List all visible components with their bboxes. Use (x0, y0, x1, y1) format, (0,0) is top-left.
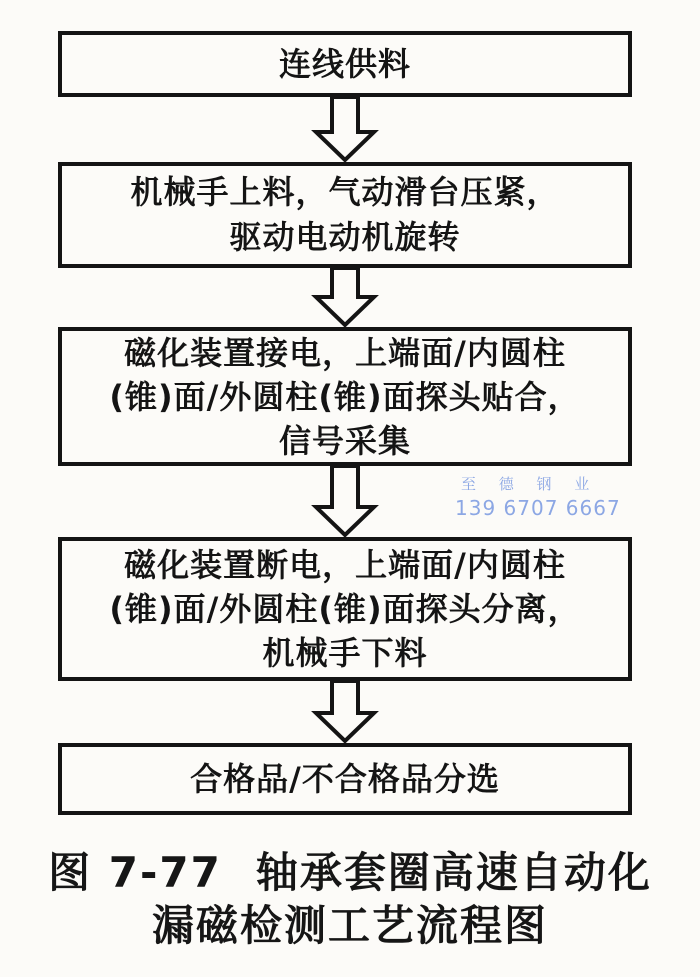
flow-step-text: 信号采集 (279, 419, 411, 463)
flow-step-loading: 机械手上料，气动滑台压紧， 驱动电动机旋转 (58, 162, 632, 268)
flow-step-magnetize-on: 磁化装置接电，上端面/内圆柱 (锥)面/外圆柱(锥)面探头贴合， 信号采集 (58, 327, 632, 466)
down-arrow-icon (310, 466, 380, 537)
caption-title-part-1: 轴承套圈高速自动化 (256, 848, 652, 897)
flowchart: 连线供料 机械手上料，气动滑台压紧， 驱动电动机旋转 磁化装置接电，上端面/内圆… (58, 31, 632, 815)
flow-step-text: 机械手上料，气动滑台压紧， (130, 170, 559, 215)
flow-step-text: (锥)面/外圆柱(锥)面探头贴合， (109, 375, 580, 419)
flow-step-text: 磁化装置断电，上端面/内圆柱 (124, 543, 566, 587)
flow-step-feeding: 连线供料 (58, 31, 632, 97)
flow-step-text: 机械手下料 (262, 631, 427, 675)
flow-step-magnetize-off: 磁化装置断电，上端面/内圆柱 (锥)面/外圆柱(锥)面探头分离， 机械手下料 (58, 537, 632, 681)
down-arrow-icon (310, 268, 380, 327)
flow-step-text: 驱动电动机旋转 (229, 215, 460, 260)
scanned-page: 连线供料 机械手上料，气动滑台压紧， 驱动电动机旋转 磁化装置接电，上端面/内圆… (0, 0, 700, 977)
down-arrow-icon (310, 681, 380, 743)
flow-step-text: 磁化装置接电，上端面/内圆柱 (124, 331, 566, 375)
caption-line-1: 图 7-77轴承套圈高速自动化 (0, 846, 700, 899)
down-arrow-icon (310, 97, 380, 162)
flow-step-text: 合格品/不合格品分选 (190, 757, 500, 802)
flow-step-text: (锥)面/外圆柱(锥)面探头分离， (109, 587, 580, 631)
caption-line-2: 漏磁检测工艺流程图 (0, 899, 700, 952)
figure-number: 图 7-77 (48, 848, 222, 897)
flow-step-text: 连线供料 (279, 42, 411, 87)
figure-caption: 图 7-77轴承套圈高速自动化 漏磁检测工艺流程图 (0, 846, 700, 952)
flow-step-sorting: 合格品/不合格品分选 (58, 743, 632, 815)
